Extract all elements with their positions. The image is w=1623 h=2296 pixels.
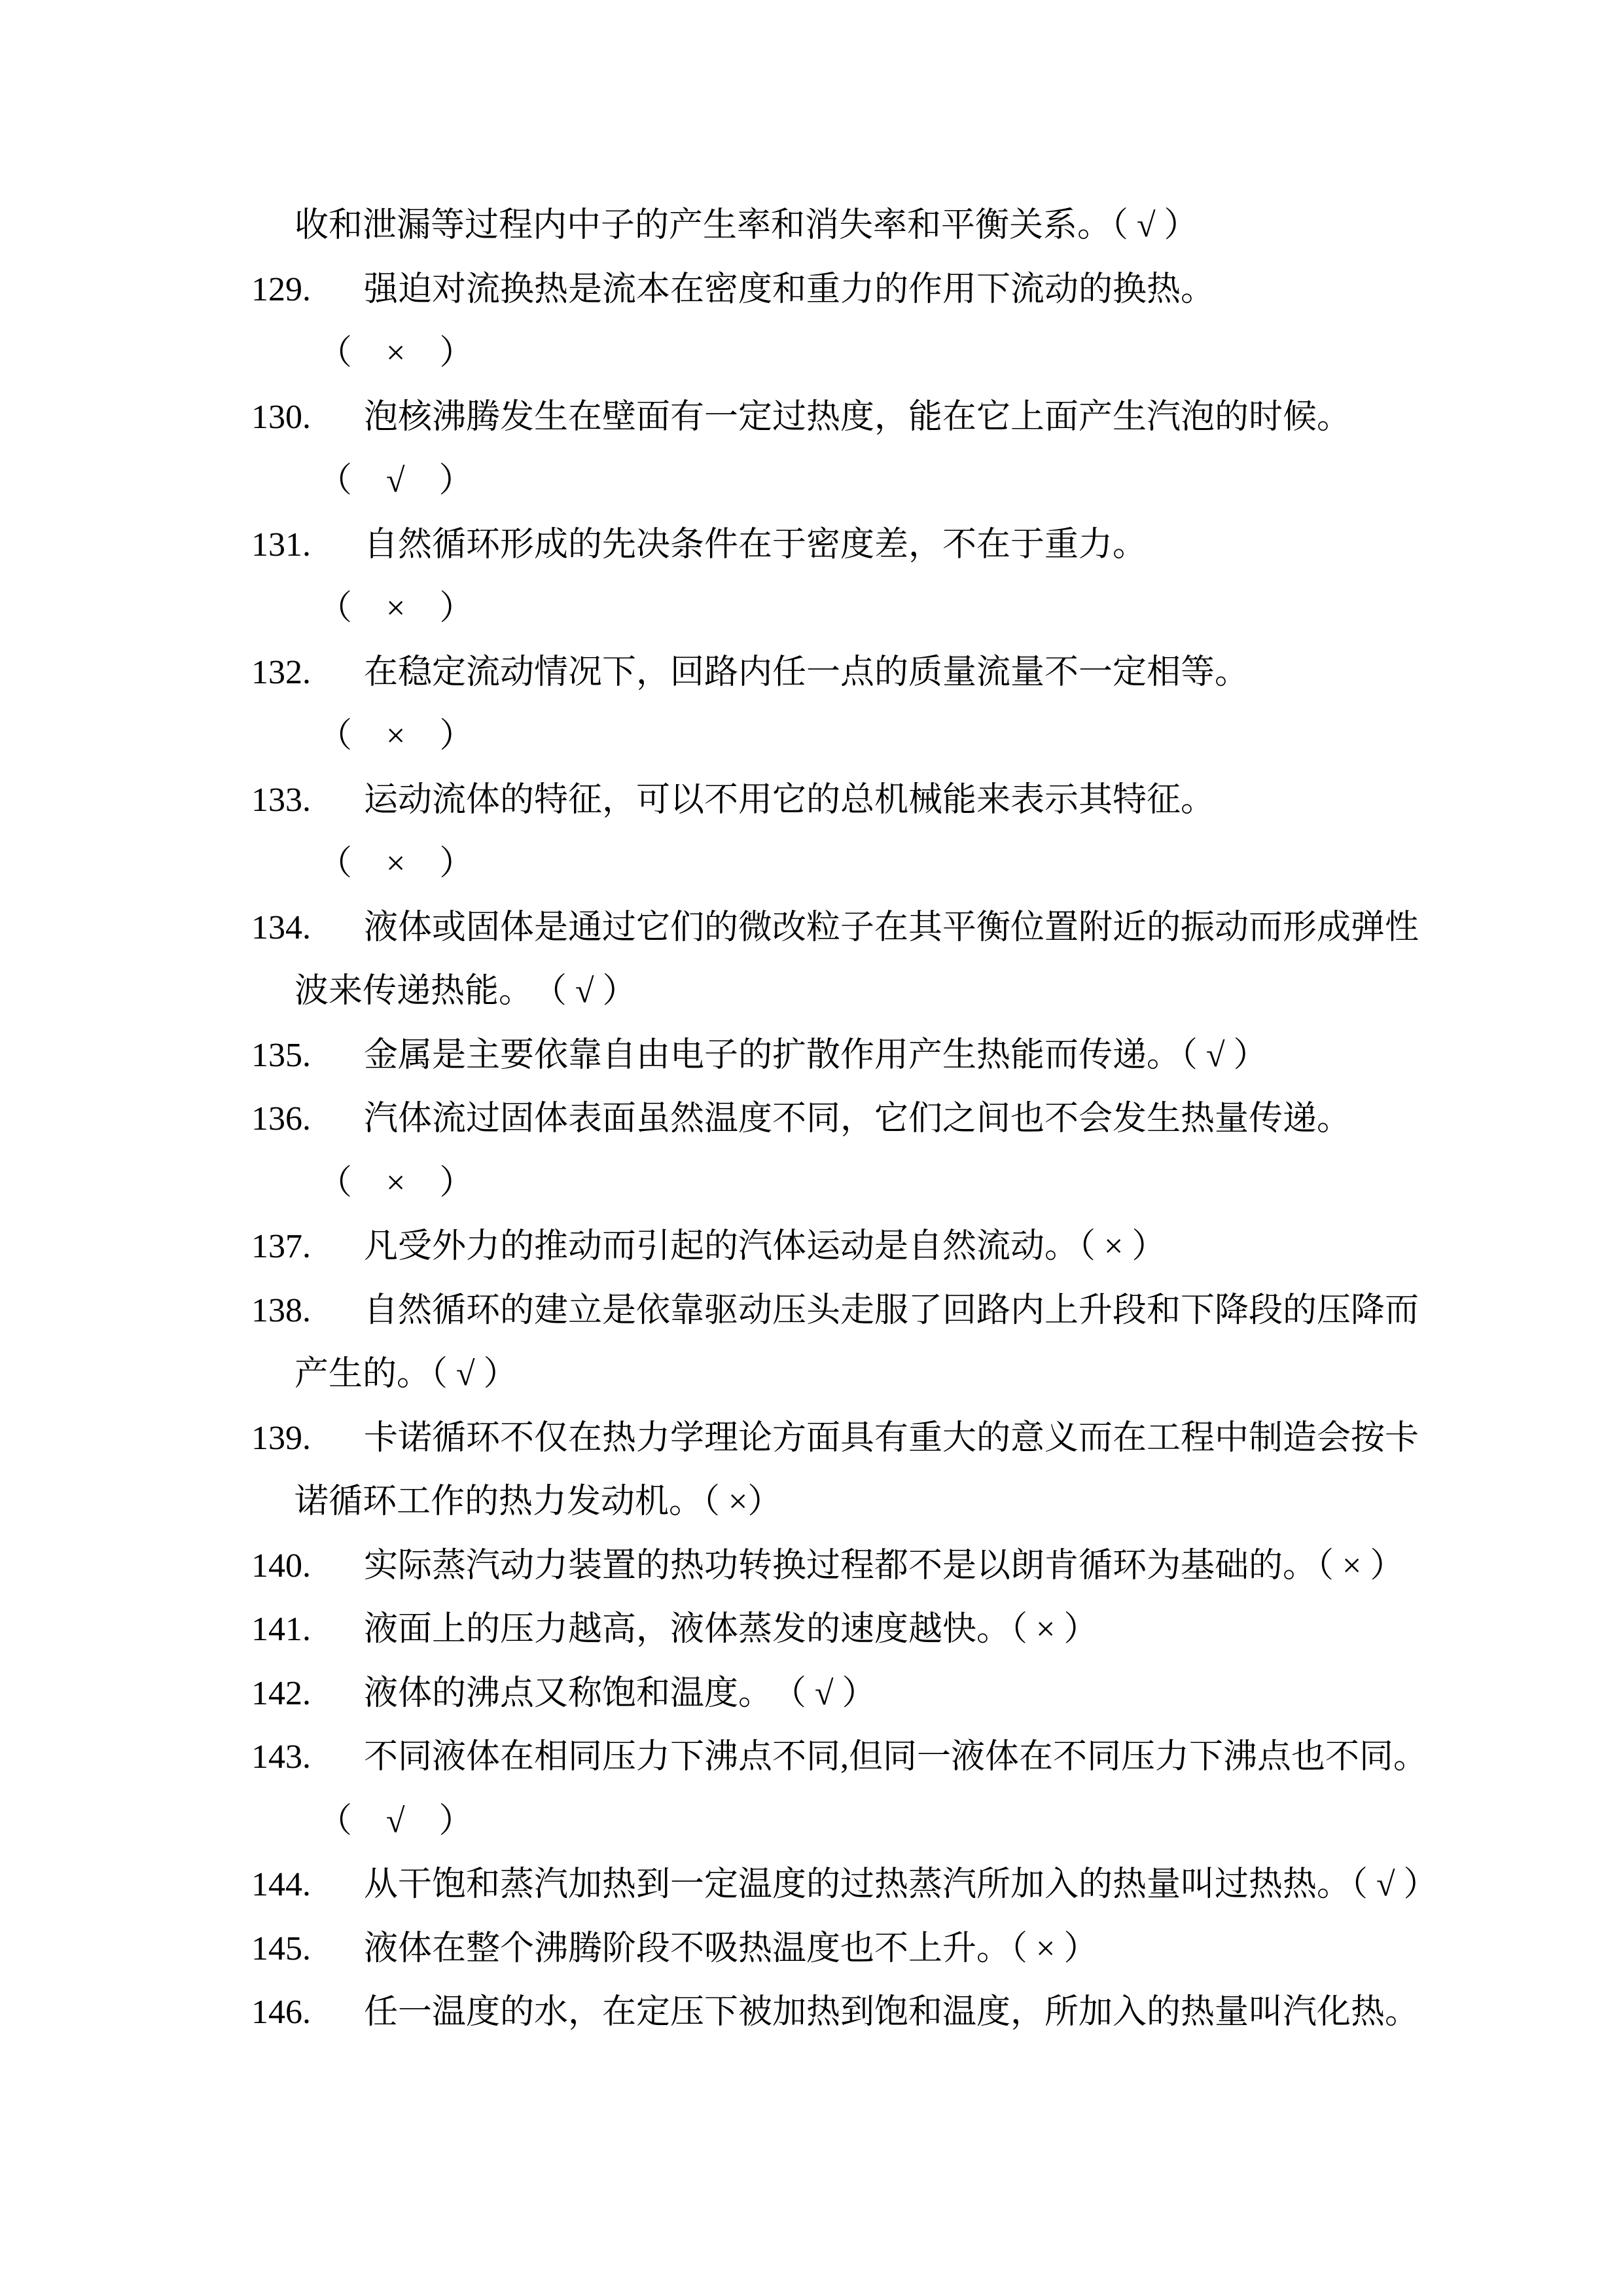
- question-number: 140.: [251, 1534, 364, 1598]
- question-line: 146.任一温度的水，在定压下被加热到饱和温度，所加入的热量叫汽化热。: [0, 1981, 1623, 2045]
- question-line: 129.强迫对流换热是流本在密度和重力的作用下流动的换热。: [0, 258, 1623, 322]
- question-line: 141.液面上的压力越高，液体蒸发的速度越快。（ × ）: [0, 1598, 1623, 1662]
- question-text: 从干饱和蒸汽加热到一定温度的过热蒸汽所加入的热量叫过热热。（ √ ）: [364, 1866, 1438, 1903]
- answer-line: （ × ）: [0, 1151, 1623, 1215]
- question-number: 142.: [251, 1662, 364, 1726]
- answer-mark: （ × ）: [318, 1164, 473, 1202]
- answer-line: （ √ ）: [0, 1789, 1623, 1854]
- question-line: 135.金属是主要依靠自由电子的扩散作用产生热能而传递。（ √ ）: [0, 1024, 1623, 1088]
- question-line: 145.液体在整个沸腾阶段不吸热温度也不上升。（ × ）: [0, 1917, 1623, 1981]
- answer-mark: （ √ ）: [318, 1803, 473, 1840]
- question-number: 133.: [251, 768, 364, 833]
- question-line: 140.实际蒸汽动力装置的热功转换过程都不是以朗肯循环为基础的。（ × ）: [0, 1534, 1623, 1598]
- question-text: 卡诺循环不仅在热力学理论方面具有重大的意义而在工程中制造会按卡: [364, 1420, 1419, 1457]
- answer-line: （ × ）: [0, 832, 1623, 896]
- continuation-text: 收和泄漏等过程内中子的产生率和消失率和平衡关系。（ √ ）: [294, 207, 1198, 244]
- question-line: 133.运动流体的特征，可以不用它的总机械能来表示其特征。: [0, 768, 1623, 833]
- question-number: 141.: [251, 1598, 364, 1662]
- question-line: 137.凡受外力的推动而引起的汽体运动是自然流动。（ × ）: [0, 1215, 1623, 1279]
- question-text: 金属是主要依靠自由电子的扩散作用产生热能而传递。（ √ ）: [364, 1037, 1268, 1074]
- question-number: 139.: [251, 1407, 364, 1471]
- question-number: 130.: [251, 386, 364, 450]
- question-text: 强迫对流换热是流本在密度和重力的作用下流动的换热。: [364, 271, 1215, 308]
- answer-mark: （ × ）: [318, 845, 473, 882]
- question-number: 135.: [251, 1024, 364, 1088]
- question-line: 139.卡诺循环不仅在热力学理论方面具有重大的意义而在工程中制造会按卡: [0, 1407, 1623, 1471]
- question-line: 131.自然循环形成的先决条件在于密度差，不在于重力。: [0, 513, 1623, 577]
- continuation-line: 波来传递热能。 （ √ ）: [0, 960, 1623, 1024]
- question-line: 134.液体或固体是通过它们的微改粒子在其平衡位置附近的振动而形成弹性: [0, 896, 1623, 960]
- continuation-text: 产生的。（ √ ）: [294, 1355, 518, 1393]
- question-text: 不同液体在相同压力下沸点不同,但同一液体在不同压力下沸点也不同。: [364, 1738, 1427, 1776]
- answer-line: （ × ）: [0, 577, 1623, 641]
- question-list: 收和泄漏等过程内中子的产生率和消失率和平衡关系。（ √ ） 129.强迫对流换热…: [0, 194, 1623, 2045]
- answer-mark: （ √ ）: [318, 462, 473, 499]
- answer-mark: （ × ）: [318, 590, 473, 627]
- question-line: 142.液体的沸点又称饱和温度。 （ √ ）: [0, 1662, 1623, 1726]
- question-text: 液体的沸点又称饱和温度。 （ √ ）: [364, 1675, 876, 1712]
- question-number: 136.: [251, 1087, 364, 1151]
- answer-line: （ × ）: [0, 704, 1623, 768]
- question-number: 143.: [251, 1725, 364, 1789]
- continuation-line: 产生的。（ √ ）: [0, 1342, 1623, 1407]
- question-number: 137.: [251, 1215, 364, 1279]
- question-text: 液面上的压力越高，液体蒸发的速度越快。（ × ）: [364, 1611, 1097, 1648]
- question-text: 在稳定流动情况下，回路内任一点的质量流量不一定相等。: [364, 654, 1249, 691]
- question-number: 138.: [251, 1279, 364, 1343]
- answer-mark: （ × ）: [318, 334, 473, 372]
- question-text: 汽体流过固体表面虽然温度不同，它们之间也不会发生热量传递。: [364, 1100, 1351, 1138]
- question-text: 实际蒸汽动力装置的热功转换过程都不是以朗肯循环为基础的。（ × ）: [364, 1547, 1404, 1585]
- question-number: 144.: [251, 1853, 364, 1917]
- question-text: 凡受外力的推动而引起的汽体运动是自然流动。（ × ）: [364, 1228, 1166, 1265]
- question-text: 自然循环的建立是依靠驱动压头走服了回路内上升段和下降段的压降而: [364, 1292, 1419, 1329]
- document-page: 收和泄漏等过程内中子的产生率和消失率和平衡关系。（ √ ） 129.强迫对流换热…: [0, 0, 1623, 2296]
- continuation-line: 收和泄漏等过程内中子的产生率和消失率和平衡关系。（ √ ）: [0, 194, 1623, 258]
- answer-line: （ √ ）: [0, 449, 1623, 513]
- question-text: 液体在整个沸腾阶段不吸热温度也不上升。（ × ）: [364, 1930, 1097, 1967]
- question-line: 136.汽体流过固体表面虽然温度不同，它们之间也不会发生热量传递。: [0, 1087, 1623, 1151]
- question-text: 任一温度的水，在定压下被加热到饱和温度，所加入的热量叫汽化热。: [364, 1994, 1419, 2031]
- question-number: 131.: [251, 513, 364, 577]
- question-number: 132.: [251, 641, 364, 705]
- question-line: 144.从干饱和蒸汽加热到一定温度的过热蒸汽所加入的热量叫过热热。（ √ ）: [0, 1853, 1623, 1917]
- question-number: 146.: [251, 1981, 364, 2045]
- answer-line: （ × ）: [0, 321, 1623, 386]
- question-text: 泡核沸腾发生在壁面有一定过热度，能在它上面产生汽泡的时候。: [364, 399, 1351, 436]
- answer-mark: （ × ）: [318, 717, 473, 755]
- question-text: 运动流体的特征，可以不用它的总机械能来表示其特征。: [364, 781, 1215, 819]
- question-line: 138.自然循环的建立是依靠驱动压头走服了回路内上升段和下降段的压降而: [0, 1279, 1623, 1343]
- question-line: 132.在稳定流动情况下，回路内任一点的质量流量不一定相等。: [0, 641, 1623, 705]
- question-line: 130.泡核沸腾发生在壁面有一定过热度，能在它上面产生汽泡的时候。: [0, 386, 1623, 450]
- continuation-text: 诺循环工作的热力发动机。（ ×）: [294, 1483, 781, 1520]
- question-number: 145.: [251, 1917, 364, 1981]
- question-number: 134.: [251, 896, 364, 960]
- continuation-line: 诺循环工作的热力发动机。（ ×）: [0, 1470, 1623, 1534]
- question-number: 129.: [251, 258, 364, 322]
- question-line: 143.不同液体在相同压力下沸点不同,但同一液体在不同压力下沸点也不同。: [0, 1725, 1623, 1789]
- question-text: 自然循环形成的先决条件在于密度差，不在于重力。: [364, 526, 1147, 564]
- question-text: 液体或固体是通过它们的微改粒子在其平衡位置附近的振动而形成弹性: [364, 909, 1419, 946]
- continuation-text: 波来传递热能。 （ √ ）: [294, 973, 637, 1010]
